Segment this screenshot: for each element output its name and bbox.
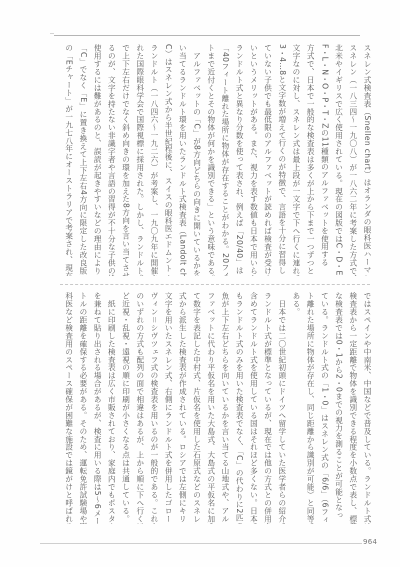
text-column: ある。 [289,292,303,524]
text-column: F・L・N・O・P・T・Zの11種類のアルファベットを使用する [317,44,331,276]
text-column: 「40フィート離れた場所に物体が存在することがわかる。20フィー [218,44,232,276]
text-column: いというメリットがある。また、視力を表す数値も日本で用いられる [246,44,260,276]
section-divider [60,284,370,285]
text-column: ではスペインや中南米、中国などで普及している。ランドルト式は [360,292,374,524]
text-column: を兼ねて貼り出される場合があるが、検査に用いる際は5〜6メー [90,292,104,524]
text-column: 文字なのに対し、スネレン式は最上段が一文字で下へ行くに連れて2・ [289,44,303,276]
text-column: のいずれの方式も配列の面で相違はあるが、上から順に下へ行くほ [133,292,147,524]
text-column: アルファベットの「C」が8方向どちらの向きに開いているかを言 [189,44,203,276]
text-column: の「Eチャート」が一九七八年にオーストラリアで考案され、現在 [62,44,76,276]
page-number: 964 [363,538,377,546]
text-column: ランドルト式が標準となっているが、現在では他の方式との併用を [260,292,274,524]
text-column: 式から派生した検査表が作成されている。ロシアでは左側にキリル [175,292,189,524]
text-column: 検査表から一定距離で物体を識別できる程度を小数点で表し、標準的 [346,292,360,524]
text-column: れた国際眼科学会で国際視標に採用された。しかし、ランドルト式 [133,44,147,276]
text-column: 科医など検査用のスペース確保が困難な施設では鏡がけと呼ばれる [62,292,76,524]
text-column: 方式で、日本で一般的な検査表は多くが上から下まで一つずつと一 [303,44,317,276]
lower-text-block: ではスペインや中南米、中国などで普及している。ランドルト式は 検査表から一定距離… [44,292,374,524]
text-column: るのが、文字を持たない非識字者や言語の習得が不十分な子供の検査で [104,44,118,276]
bottom-rule [40,543,362,544]
text-column: ていない子供でも最低限のアルファベットが読めれば検査が受けやす [260,44,274,276]
text-column: ている。ランドルト式の「1・0」はスネレン式の「6/6」（6フィー [317,292,331,524]
text-column: 日本では二〇世紀初頭にドイツへ留学していた医学者らの紹介で [275,292,289,524]
text-column: 3・4…8と文字数が増えて行くのが特徴で、言語を十分に習得し [275,44,289,276]
text-column: 紙に印刷した検査表は広く市販されており、家庭内でもポスター [104,292,118,524]
document-page: スネレン式検査表（Snellen chart）はオランダの眼科医ハーマン・ スネ… [0,0,400,567]
text-column: もランドルト式のみを用いた検査表でなく、「C」の代わりに2匹の [232,292,246,524]
text-column: ファベットに代わり平仮名を用いた大島式、大島式の平仮名に加え [204,292,218,524]
text-column: 「C」でなく「E」に置き換えて上下左右4方向に限定した改良版 [76,44,90,276]
text-column: 文字を用いたスネレン式、右側にランドルト式を併用したゴロー [161,292,175,524]
text-column: ランドルト式と異なり分数を使って表され、例えば「20/40」は [232,44,246,276]
text-column: ト離れた場所に物体が存在し、同じ距離から識別が可能）と同等で [303,292,317,524]
text-column: な検査表では0・1から2・0までの視力を測ることが可能となっ [331,292,345,524]
text-column: で上下左右だけでなく斜め向きの環を加えた8方向を言い当てさせ [118,44,132,276]
text-column: 含めてランドルト式を使用している国はそれほど多くない。日本で [246,292,260,524]
text-column: て数字を表記した中村式、片仮名を使用した石原式などのスネレン [189,292,203,524]
upper-text-block: スネレン式検査表（Snellen chart）はオランダの眼科医ハーマン・ スネ… [44,44,374,276]
text-column: 北米やイギリスで広く使用されている。現在の図版ではC・D・E・ [331,44,345,276]
text-column: トまで近付くとその物体が何かを識別できる」という意味である。 [204,44,218,276]
text-column: スネレン式検査表（Snellen chart）はオランダの眼科医ハーマン・ [360,44,374,276]
text-column: ヴィン＝シヴツェフ式の検査表を用いるのが一般的である。これら [147,292,161,524]
text-column: スネレン（一八三四〜一九〇八）が一八六二年に考案した方式で、 [346,44,360,276]
text-column: C）はスネレン式から半世紀程後に、スイスの眼科医エドムント・ [161,44,175,276]
text-column: トルの距離を確保する必要がある。そのため、運転免許試験場や眼 [76,292,90,524]
text-column: 使用するには難があるのと、誤読が起きやすいなどの理由により [90,44,104,276]
text-column: ランドルト（一八四六〜一九二六）が考案し、一九〇九年に開催さ [147,44,161,276]
text-column: ど近視・乱視・遠視の順に印刷が小さくなる点は共通している。 [118,292,132,524]
top-rule [54,35,360,36]
text-column: い当てるランドルト環を用いたランドルト式検査表（Landolt chart [175,44,189,276]
text-column: 魚が上下左右どちらを向いているかを言い当てる山地式や、アル [218,292,232,524]
